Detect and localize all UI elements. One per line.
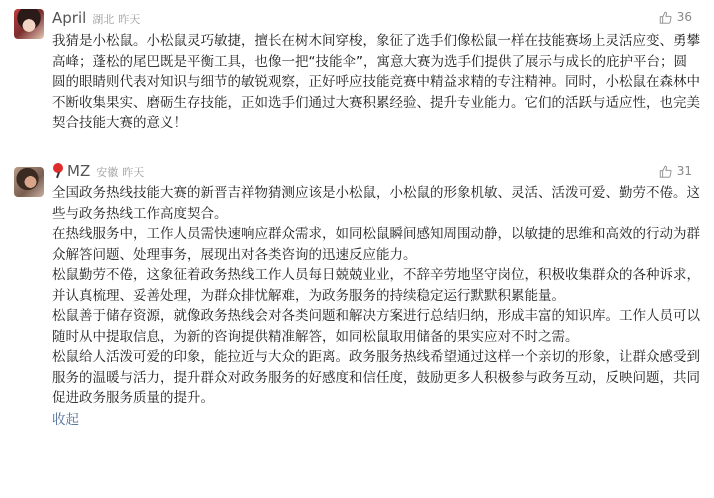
collapse-link[interactable]: 收起 [52,410,79,430]
like-button[interactable]: 36 [659,10,692,24]
comment-item: MZ 安徽 昨天 31 全国政务热线技能大赛的新晋吉祥物猜测应该是小松鼠，小松鼠… [0,161,714,430]
location: 安徽 [96,164,118,182]
like-button[interactable]: 31 [659,164,692,178]
comment-paragraph: 松鼠给人活泼可爱的印象，能拉近与大众的距离。政务服务热线希望通过这样一个亲切的形… [52,347,700,409]
like-count: 31 [677,164,692,178]
thumbs-up-icon [659,11,672,24]
balloon-icon [52,163,65,178]
comment-paragraph: 全国政务热线技能大赛的新晋吉祥物猜测应该是小松鼠，小松鼠的形象机敏、灵活、活泼可… [52,183,700,224]
comment-paragraph: 在热线服务中，工作人员需快速响应群众需求，如同松鼠瞬间感知周围动静，以敏捷的思维… [52,224,700,265]
comment-header: MZ 安徽 昨天 [52,161,700,179]
timestamp: 昨天 [122,164,144,182]
comment-item: April 湖北 昨天 36 我猜是小松鼠。小松鼠灵巧敏捷，擅长在树木间穿梭，象… [0,0,714,161]
username[interactable]: April [52,9,86,27]
like-count: 36 [677,10,692,24]
comment-paragraph: 松鼠勤劳不倦，这象征着政务热线工作人员每日兢兢业业，不辞辛劳地坚守岗位，积极收集… [52,265,700,306]
thumbs-up-icon [659,165,672,178]
comment-header: April 湖北 昨天 [52,9,700,27]
username[interactable]: MZ [67,162,90,180]
location: 湖北 [92,11,114,29]
timestamp: 昨天 [118,11,140,29]
avatar[interactable] [14,9,44,39]
avatar[interactable] [14,167,44,197]
comment-paragraph: 松鼠善于储存资源，就像政务热线会对各类问题和解决方案进行总结归纳，形成丰富的知识… [52,306,700,347]
comment-paragraph: 我猜是小松鼠。小松鼠灵巧敏捷，擅长在树木间穿梭，象征了选手们像松鼠一样在技能赛场… [52,31,700,134]
comment-body: 全国政务热线技能大赛的新晋吉祥物猜测应该是小松鼠，小松鼠的形象机敏、灵活、活泼可… [52,183,700,409]
comment-body: 我猜是小松鼠。小松鼠灵巧敏捷，擅长在树木间穿梭，象征了选手们像松鼠一样在技能赛场… [52,31,700,134]
